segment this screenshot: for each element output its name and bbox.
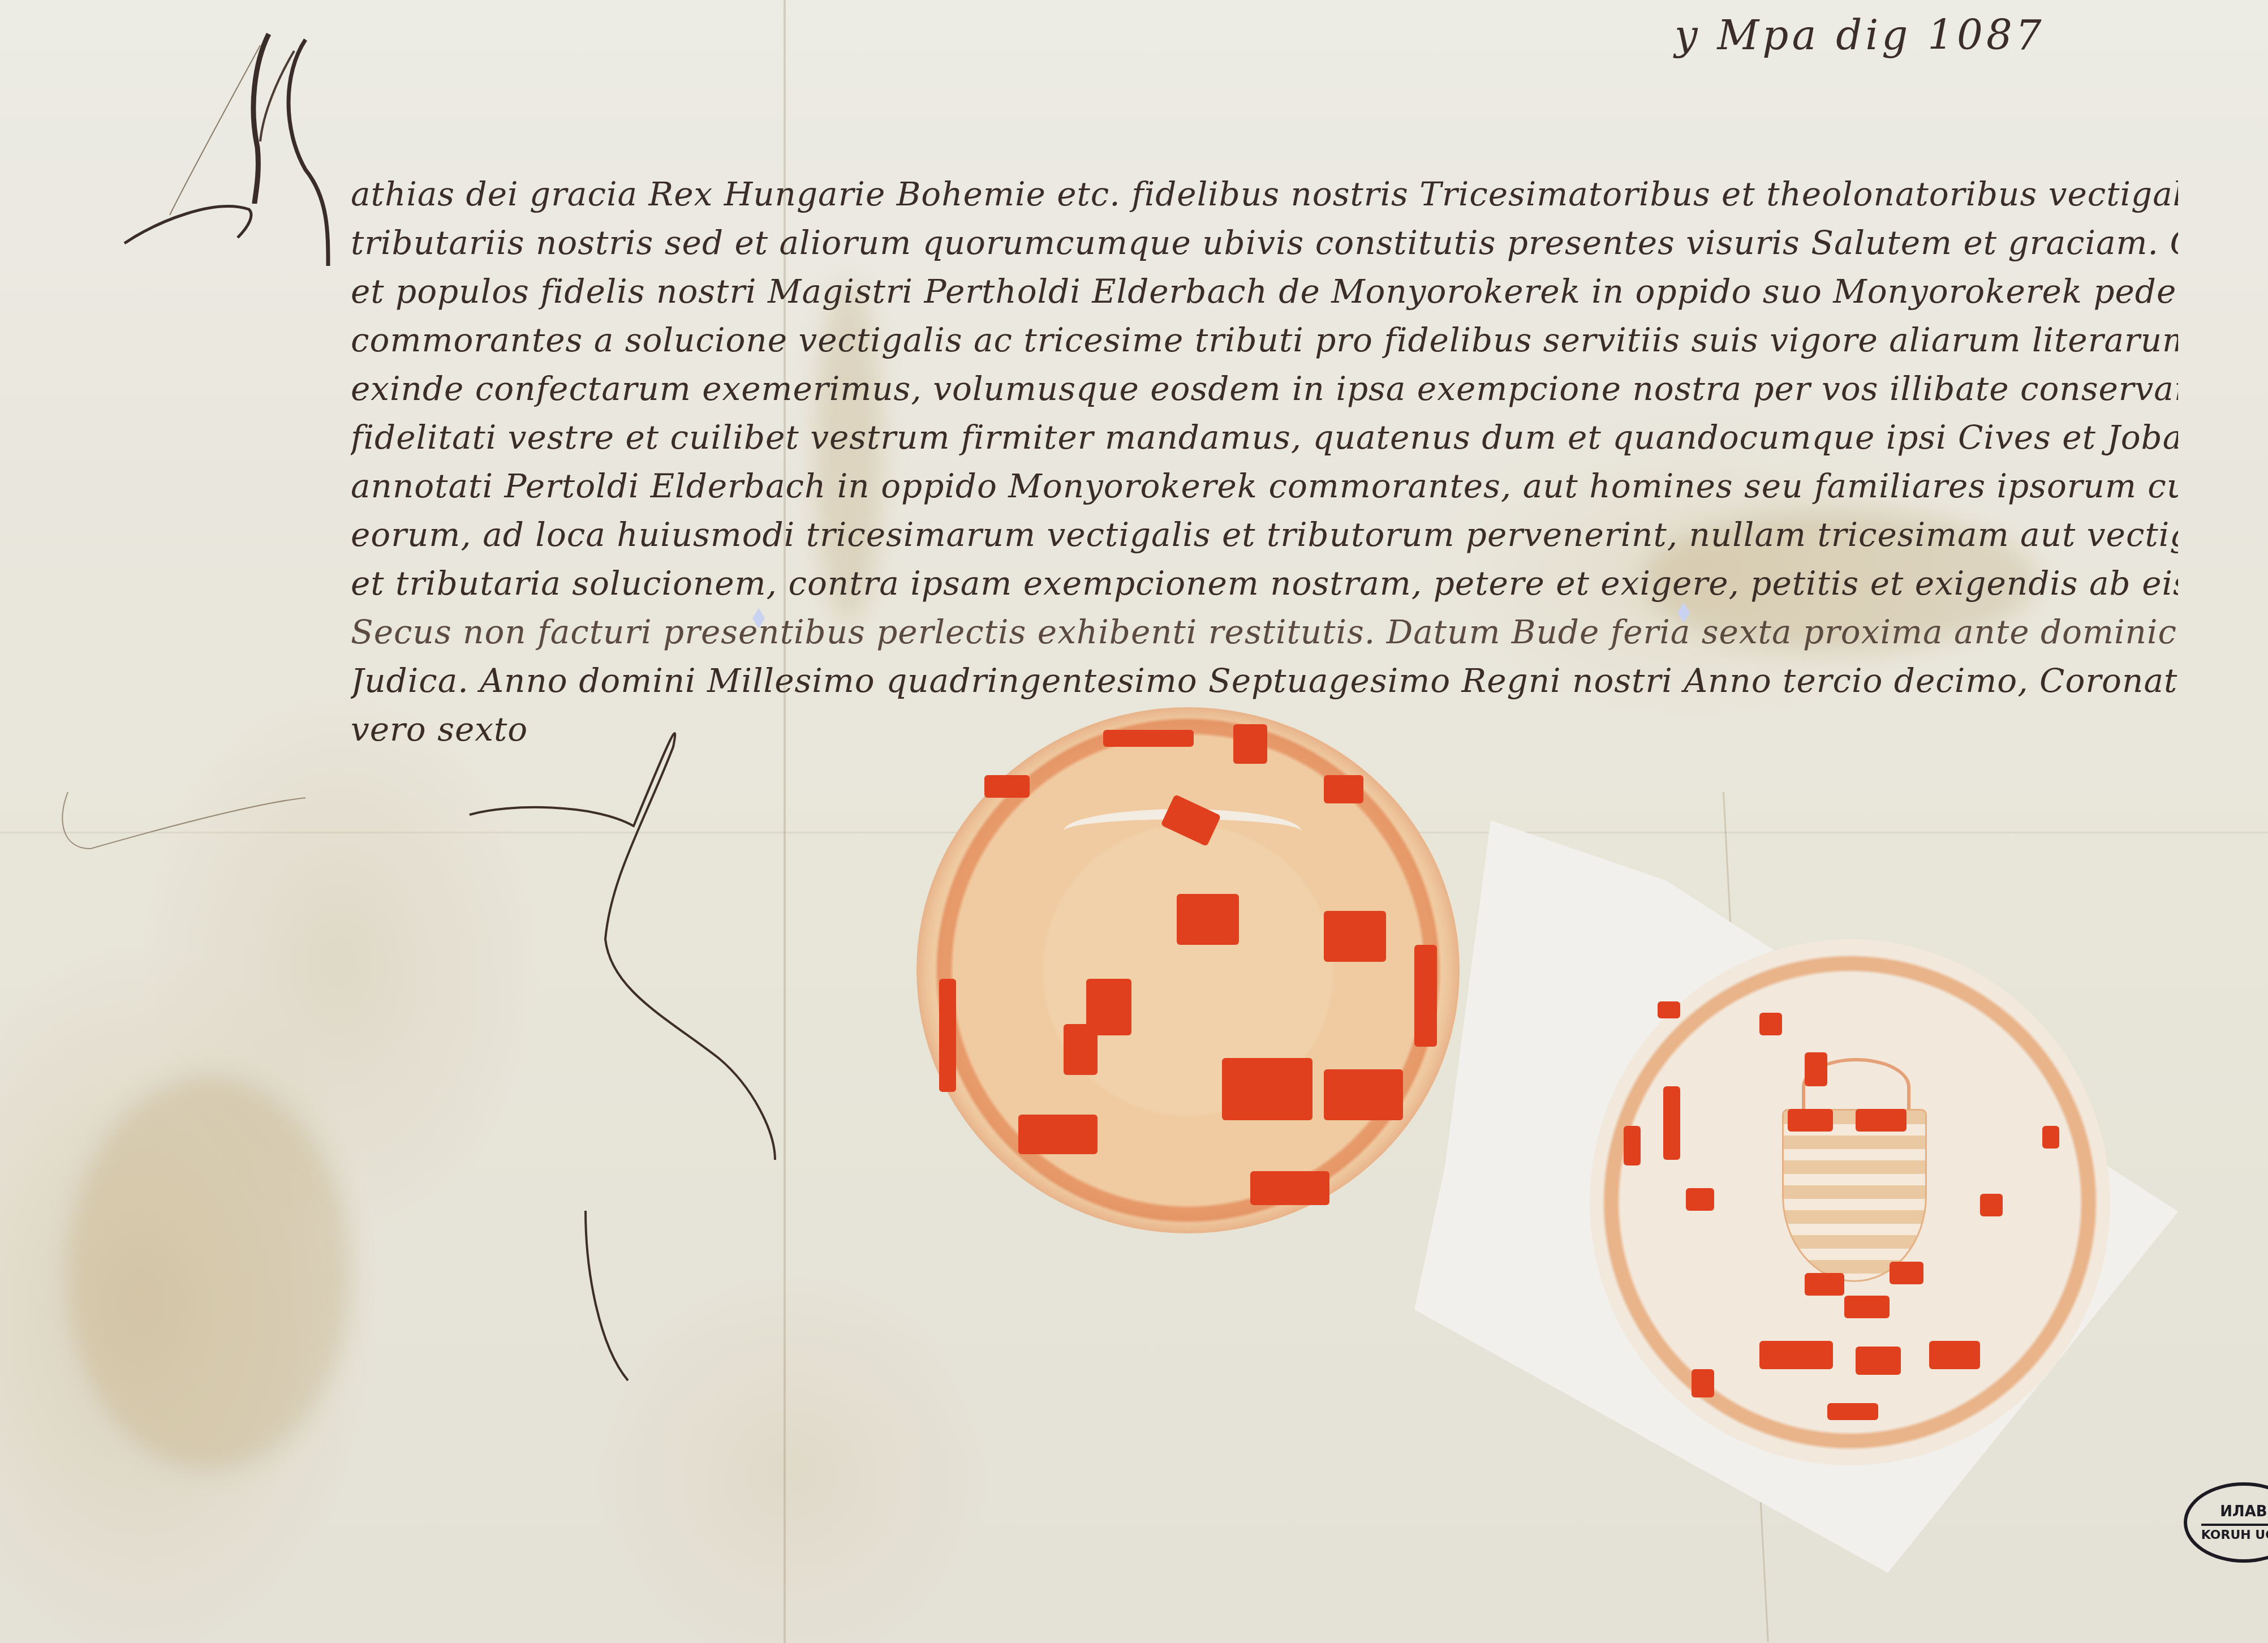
seal-shield-icon bbox=[1782, 1109, 1927, 1282]
archive-stamp-top-text: ИЛАВ bbox=[2220, 1503, 2267, 1520]
archive-stamp-bottom-text: KORUH UOH bbox=[2201, 1524, 2268, 1542]
initial-m-flourish bbox=[113, 28, 351, 266]
charter-line-4: commorantes a solucione vectigalis ac tr… bbox=[351, 316, 2178, 364]
charter-line-3: et populos fidelis nostri Magistri Perth… bbox=[351, 267, 2178, 316]
water-stain bbox=[68, 1075, 351, 1471]
charter-line-2: tributariis nostris sed et aliorum quoru… bbox=[351, 218, 2178, 267]
charter-line-1: athias dei gracia Rex Hungarie Bohemie e… bbox=[351, 170, 2178, 218]
top-archival-annotation: y Mpa dig 1087 bbox=[1675, 11, 2045, 59]
charter-line-5: exinde confectarum exemerimus, volumusqu… bbox=[351, 364, 2178, 413]
charter-line-10: Secus non facturi presentibus perlectis … bbox=[351, 608, 2178, 656]
charter-line-11: Judica. Anno domini Millesimo quadringen… bbox=[351, 656, 2178, 705]
charter-line-6: fidelitati vestre et cuilibet vestrum fi… bbox=[351, 413, 2178, 462]
charter-line-9: et tributaria solucionem, contra ipsam e… bbox=[351, 559, 2178, 608]
charter-line-7: annotati Pertoldi Elderbach in oppido Mo… bbox=[351, 462, 2178, 510]
charter-text-block: athias dei gracia Rex Hungarie Bohemie e… bbox=[351, 170, 2178, 754]
charter-line-8: eorum, ad loca huiusmodi tricesimarum ve… bbox=[351, 510, 2178, 559]
royal-seal-right bbox=[1590, 939, 2110, 1465]
royal-seal-left bbox=[916, 707, 1460, 1233]
